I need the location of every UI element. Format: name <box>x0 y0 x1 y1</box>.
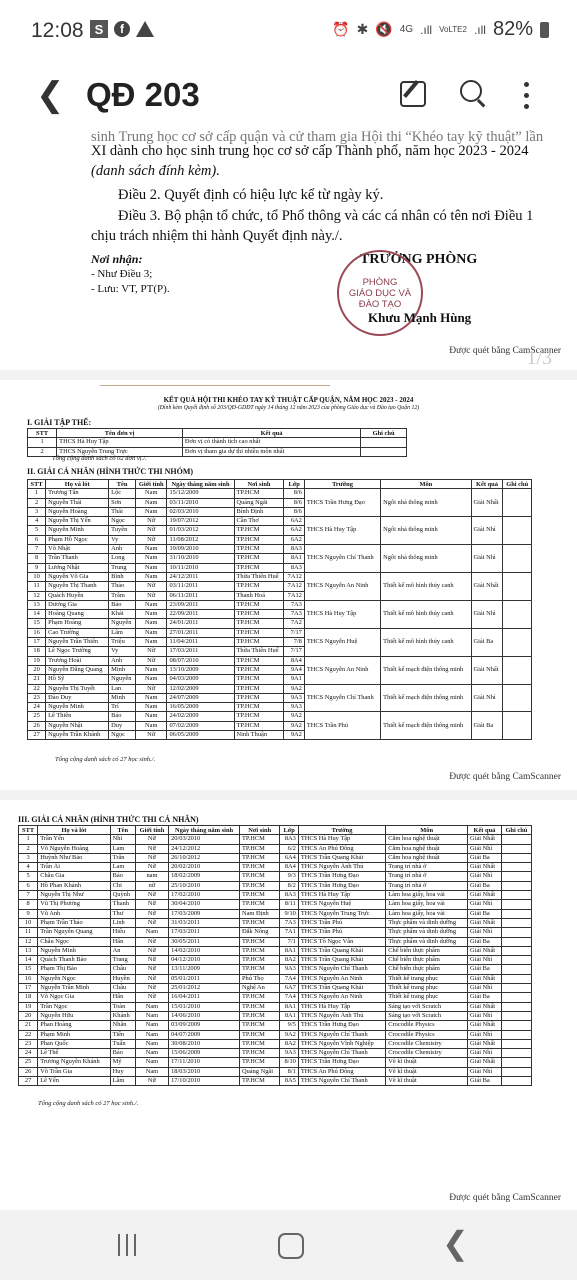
table-cell: Trang <box>110 956 135 965</box>
table-cell: Nữ <box>135 853 168 862</box>
group-awards-table: STTHọ và lótTênGiới tínhNgày tháng năm s… <box>27 479 532 740</box>
table-cell: 12 <box>19 937 38 946</box>
table-cell: Giải Nhất <box>468 1021 502 1030</box>
table-cell: 02/03/2010 <box>167 507 234 516</box>
table-cell: TP.HCM <box>234 721 284 730</box>
table-cell: 15/06/2009 <box>169 1049 240 1058</box>
table-cell: Đào Duy <box>46 693 109 702</box>
table-cell: TP.HCM <box>234 675 284 684</box>
table-cell: Trang trí nhà ở <box>386 872 468 881</box>
table-cell: THCS Nguyễn An Ninh <box>304 572 380 600</box>
table-cell: TP.HCM <box>239 853 280 862</box>
table-cell: Nam <box>135 721 167 730</box>
table-cell: Trang trí nhà ở <box>386 881 468 890</box>
table-cell: Cắm hoa nghệ thuật <box>386 853 468 862</box>
table-cell: Chế biến thực phẩm <box>386 946 468 955</box>
column-header: Môn <box>381 480 471 489</box>
table-cell: 9A3 <box>284 703 304 712</box>
table-cell <box>501 909 531 918</box>
table-cell: Giải Nhì <box>471 545 503 573</box>
table-cell <box>501 881 531 890</box>
table-cell <box>501 974 531 983</box>
volte-lte2-icon: VoLTE2 <box>439 25 467 34</box>
table-cell: Đắk Nông <box>239 928 280 937</box>
table-cell: Phan Quốc <box>38 1039 110 1048</box>
table-cell: 15 <box>19 965 38 974</box>
table-cell: TP.HCM <box>239 835 280 844</box>
column-header: Ghi chú <box>501 826 531 835</box>
doc-line: XI dành cho học sinh trung học cơ sở cấp… <box>91 143 529 160</box>
table-cell: 14/06/2010 <box>169 1011 240 1020</box>
table-cell: THCS Nguyễn Chí Thanh <box>298 1077 385 1086</box>
table-cell: 1 <box>28 438 57 447</box>
table-cell: TP.HCM <box>234 703 284 712</box>
table-cell: Nguyễn Hữu <box>38 1011 110 1020</box>
table-cell: Bảo <box>110 1049 135 1058</box>
table-cell: Nhi <box>110 835 135 844</box>
table-cell: Vẽ kĩ thuật <box>386 1067 468 1076</box>
table-cell: Phú Thọ <box>239 974 280 983</box>
table-cell: Nam <box>135 1030 168 1039</box>
table-cell: 8A1 <box>284 554 304 563</box>
table-cell <box>501 1002 531 1011</box>
table-cell: Đơn vị có thành tích cao nhất <box>182 438 360 447</box>
table-cell: Bảo <box>110 872 135 881</box>
table-row: 7Nguyễn Thị NhưQuỳnhNữ17/02/2010TP.HCM8A… <box>19 891 532 900</box>
table-cell <box>501 1049 531 1058</box>
recent-apps-button[interactable] <box>118 1234 136 1256</box>
table-cell: Giải Nhất <box>468 863 502 872</box>
table-cell: 23 <box>28 693 46 702</box>
table-cell: Làm hoa giấy, hoa vải <box>386 891 468 900</box>
table-cell: Giải Nhì <box>468 1030 502 1039</box>
table-cell: 30/04/2010 <box>169 900 240 909</box>
recipient-item: - Lưu: VT, PT(P). <box>91 283 170 295</box>
table-cell: 16 <box>28 628 46 637</box>
table-cell: TP.HCM <box>239 1030 280 1039</box>
table-cell: 24 <box>19 1049 38 1058</box>
table-cell: 16 <box>19 974 38 983</box>
recipient-item: - Như Điều 3; <box>91 268 152 280</box>
table-cell <box>501 1030 531 1039</box>
table-cell: 6A2 <box>284 535 304 544</box>
table-cell: 8A3 <box>284 545 304 554</box>
table-cell: Hân <box>110 937 135 946</box>
table-cell: 9A3 <box>280 965 298 974</box>
table-cell: Quỳnh <box>110 891 135 900</box>
table-cell <box>501 1011 531 1020</box>
table-cell: Lam <box>110 844 135 853</box>
home-button[interactable] <box>278 1233 304 1259</box>
document-title: QĐ 203 <box>86 76 200 114</box>
table-cell: Sáng tạo với Scratch <box>386 1011 468 1020</box>
table-cell: Làm hoa giấy, hoa vải <box>386 909 468 918</box>
table-cell: 8A4 <box>280 863 298 872</box>
table-cell: 17 <box>19 984 38 993</box>
edit-icon[interactable] <box>400 81 426 107</box>
table-cell: Anh <box>109 656 136 665</box>
table-cell: Thiết kế mô hình thủy canh <box>381 572 471 600</box>
section-title: II. GIẢI CÁ NHÂN (HÌNH THỨC THI NHÓM) <box>27 467 193 476</box>
table-cell: 19 <box>28 656 46 665</box>
individual-awards-table: STTHọ và lótTênGiới tínhNgày tháng năm s… <box>18 825 532 1086</box>
table-cell: 7A4 <box>280 993 298 1002</box>
table-cell: THCS Hà Huy Tập <box>298 1002 385 1011</box>
table-cell: Nữ <box>135 891 168 900</box>
facebook-icon: f <box>114 21 130 37</box>
column-header: STT <box>28 429 57 438</box>
table-cell: Nguyễn Võ Gia <box>46 572 109 581</box>
table-cell: Lam <box>110 863 135 872</box>
table-cell: 13/11/2009 <box>169 965 240 974</box>
table-cell: Lê Ngọc Trường <box>46 647 109 656</box>
table-cell: Ninh Thuận <box>234 731 284 740</box>
table-cell: Chi <box>110 881 135 890</box>
table-cell: TP.HCM <box>234 554 284 563</box>
table-total: Tổng cộng danh sách có 27 học sinh./. <box>38 1100 138 1107</box>
table-cell: TP.HCM <box>239 946 280 955</box>
table-cell: THCS Trần Quang Khải <box>298 984 385 993</box>
table-cell: Nữ <box>135 1077 168 1086</box>
table-row: 19Trần NgọcToànNam15/01/2010TP.HCM8A1THC… <box>19 1002 532 1011</box>
table-cell: Bảo <box>109 600 136 609</box>
table-cell: Giải Nhì <box>468 872 502 881</box>
table-cell: TP.HCM <box>234 535 284 544</box>
table-cell: TP.HCM <box>239 937 280 946</box>
table-row: 22Phạm MinhTiếnNam04/07/2009TP.HCM9A2THC… <box>19 1030 532 1039</box>
table-cell: 15 <box>28 619 46 628</box>
table-cell: 27 <box>19 1077 38 1086</box>
column-header: Kết quả <box>471 480 503 489</box>
table-cell: 17/10/2010 <box>169 1077 240 1086</box>
table-row: 24Lê ThếBảoNam15/06/2009TP.HCM9A3THCS Ng… <box>19 1049 532 1058</box>
table-cell: THCS Nguyễn Ánh Thủ <box>298 1011 385 1020</box>
table-cell <box>503 545 532 573</box>
alarm-icon: ⏰ <box>332 21 349 38</box>
table-cell: THCS Trần Phú <box>304 712 380 740</box>
table-cell: Nữ <box>135 974 168 983</box>
table-cell: 9A1 <box>284 675 304 684</box>
table-cell: Lương Nhật <box>46 563 109 572</box>
column-header: Trường <box>298 826 385 835</box>
table-cell: 04/07/2009 <box>169 1030 240 1039</box>
table-cell <box>501 853 531 862</box>
table-cell: Nam <box>135 554 167 563</box>
table-cell: THCS Nguyễn Huệ <box>304 628 380 656</box>
table-cell: 31/10/2010 <box>167 554 234 563</box>
table-cell: THCS Nguyễn Chí Thanh <box>298 965 385 974</box>
search-icon[interactable] <box>460 80 482 102</box>
table-cell: Nguyễn Trần Thiên <box>46 638 109 647</box>
table-cell: TP.HCM <box>234 563 284 572</box>
table-cell: Nữ <box>135 993 168 1002</box>
table-cell: Giải Nhì <box>468 1049 502 1058</box>
battery-icon <box>540 22 549 38</box>
table-cell: 8/2 <box>280 881 298 890</box>
table-cell: THCS Trần Hưng Đạo <box>298 881 385 890</box>
table-cell <box>501 863 531 872</box>
table-cell: Vũ Thị Phương <box>38 900 110 909</box>
table-cell: 25 <box>19 1058 38 1067</box>
table-cell: Nam <box>135 600 167 609</box>
table-cell: 24/07/2009 <box>167 693 234 702</box>
table-cell: 07/02/2009 <box>167 721 234 730</box>
table-row: 13Nguyễn MinhAnNữ14/02/2010TP.HCM8A1THCS… <box>19 946 532 955</box>
table-cell: THCS Trần Hưng Đạo <box>298 872 385 881</box>
table-cell: Giải Nhất <box>471 656 503 684</box>
table-cell: Giải Nhất <box>468 918 502 927</box>
back-arrow-icon[interactable]: ❮ <box>36 78 65 112</box>
table-cell: Quảng Ngãi <box>234 498 284 507</box>
table-cell: 17/03/2011 <box>169 928 240 937</box>
s-app-icon: S <box>90 20 108 38</box>
table-cell: Nam <box>135 572 167 581</box>
table-cell: Nam Định <box>239 909 280 918</box>
table-cell: THCS Nguyễn An Ninh <box>298 993 385 1002</box>
table-cell: Trang trí nhà ở <box>386 863 468 872</box>
table-cell: Khải <box>109 610 136 619</box>
table-cell: Crocodile Chemistry <box>386 1049 468 1058</box>
table-cell: TP.HCM <box>234 665 284 674</box>
table-cell: Nam <box>135 628 167 637</box>
table-cell: TP.HCM <box>239 956 280 965</box>
table-cell: nam <box>135 872 168 881</box>
table-cell: Thiết kế trang phục <box>386 984 468 993</box>
table-cell <box>501 1067 531 1076</box>
table-cell: Thư <box>110 909 135 918</box>
table-cell: Phạm Hồ Ngọc <box>46 535 109 544</box>
table-cell: 04/12/2010 <box>169 956 240 965</box>
table-cell <box>501 1021 531 1030</box>
table-cell: THCS Nguyễn Chí Thanh <box>304 684 380 712</box>
table-cell: Lâm <box>110 1077 135 1086</box>
table-cell: 10/11/2010 <box>167 563 234 572</box>
status-time: 12:08 <box>31 19 84 43</box>
table-cell: Mỹ <box>110 1058 135 1067</box>
table-cell <box>501 1058 531 1067</box>
table-cell: Thiết kế mạch điện thông minh <box>381 684 471 712</box>
table-cell: 7/1 <box>280 937 298 946</box>
table-cell: 8 <box>19 900 38 909</box>
table-cell <box>503 712 532 740</box>
table-cell: THCS Trần Hưng Đạo <box>304 489 380 517</box>
stamp-line: GIÁO DỤC VÀ <box>349 288 411 299</box>
table-row: 20Nguyễn HữuKhánhNam14/06/2010TP.HCM8A1T… <box>19 1011 532 1020</box>
table-cell: Giải Ba <box>471 628 503 656</box>
table-cell: Nữ <box>135 918 168 927</box>
table-cell: Võ Nhật <box>46 545 109 554</box>
table-cell: Hiếu <box>110 928 135 937</box>
table-cell <box>503 684 532 712</box>
table-cell: 24/12/2012 <box>169 844 240 853</box>
table-cell: Thanh Hoá <box>234 591 284 600</box>
table-cell: 08/07/2010 <box>167 656 234 665</box>
table-total: Tổng cộng danh sách có 27 học sinh./. <box>55 756 155 763</box>
column-header: Ghi chú <box>361 429 407 438</box>
table-cell: Tuấn <box>110 1039 135 1048</box>
table-cell: 03/11/2011 <box>167 582 234 591</box>
table-cell: Giải Nhất <box>471 572 503 600</box>
table-cell: Nam <box>135 928 168 937</box>
table-cell: TP.HCM <box>239 1039 280 1048</box>
table-cell <box>501 1039 531 1048</box>
table-cell: Trần Thanh <box>46 554 109 563</box>
table-cell: 9/3 <box>280 872 298 881</box>
table-cell: Giải Nhì <box>468 844 502 853</box>
table-cell: Lan <box>109 684 136 693</box>
table-cell: nữ <box>135 881 168 890</box>
table-cell: Quảng Ngãi <box>239 1067 280 1076</box>
table-cell: 19/09/2010 <box>167 545 234 554</box>
table-cell: Nữ <box>135 517 167 526</box>
table-total: Tổng cộng danh sách có 02 đơn vị./. <box>52 455 147 462</box>
results-subtitle: (Đính kèm Quyết định số 203/QĐ-GDĐT ngày… <box>0 405 577 411</box>
table-cell: 7A12 <box>284 582 304 591</box>
table-cell: Nữ <box>135 835 168 844</box>
table-cell: 5 <box>28 526 46 535</box>
signal-icon: .ıll <box>420 23 432 37</box>
table-cell: Vẽ kĩ thuật <box>386 1058 468 1067</box>
back-button[interactable]: ❮ <box>442 1224 469 1262</box>
table-cell: Vẽ kĩ thuật <box>386 1077 468 1086</box>
table-row: 16Cao TrườngLâmNam27/01/2011TP.HCM7/17TH… <box>28 628 532 637</box>
table-cell <box>501 965 531 974</box>
table-cell: Đơn vị tham gia dự thi nhiều môn nhất <box>182 447 360 456</box>
table-cell: 5 <box>19 872 38 881</box>
table-cell: Nhân <box>110 1021 135 1030</box>
table-cell: Lê Thế <box>38 1049 110 1058</box>
table-cell: Minh <box>109 693 136 702</box>
table-cell: 24 <box>28 703 46 712</box>
signer-name: Khưu Mạnh Hùng <box>368 310 471 326</box>
table-cell: Giải Ba <box>468 909 502 918</box>
table-cell: Toàn <box>110 1002 135 1011</box>
table-cell: Lê Thiên <box>46 712 109 721</box>
table-cell: Nam <box>135 1067 168 1076</box>
table-cell: Giải Nhất <box>468 974 502 983</box>
table-cell: 14 <box>19 956 38 965</box>
table-cell: 7A3 <box>280 918 298 927</box>
table-cell: Trần Ái <box>38 863 110 872</box>
table-cell: Nguyễn Trần Minh <box>38 984 110 993</box>
table-cell: Trương Nguyễn Khánh <box>38 1058 110 1067</box>
column-header: STT <box>28 480 46 489</box>
table-cell: 9 <box>28 563 46 572</box>
doc-line: (danh sách đính kèm). <box>91 163 220 180</box>
table-cell: Võ Trần Gia <box>38 1067 110 1076</box>
table-row: 10Nguyễn Võ GiaBìnhNam24/12/2011Thừa Thi… <box>28 572 532 581</box>
table-cell: 9A2 <box>284 721 304 730</box>
table-row: 10Phạm Trần ThảoLinhNữ31/03/2011TP.HCM7A… <box>19 918 532 927</box>
table-row: 21Phan HoàngNhânNam03/09/2009TP.HCM9/5TH… <box>19 1021 532 1030</box>
table-cell: THCS Hà Huy Tập <box>298 891 385 900</box>
table-cell: TP.HCM <box>239 1002 280 1011</box>
table-cell: 8 <box>28 554 46 563</box>
table-cell: 8A3 <box>284 563 304 572</box>
table-cell: 9/5 <box>280 1021 298 1030</box>
table-cell: 6/2 <box>280 844 298 853</box>
table-cell: Giải Nhất <box>468 1058 502 1067</box>
table-cell: Nam <box>135 507 167 516</box>
table-cell: Phạm Minh <box>38 1030 110 1039</box>
table-cell: 1 <box>19 835 38 844</box>
table-row: 11Trần Nguyễn QuangHiếuNam17/03/2011Đắk … <box>19 928 532 937</box>
battery-percent: 82% <box>493 18 533 41</box>
table-cell: Tiến <box>110 1030 135 1039</box>
table-cell: Nam <box>135 610 167 619</box>
table-cell: 6A2 <box>284 517 304 526</box>
table-cell: Quách Thanh Bảo <box>38 956 110 965</box>
table-cell: Trần Nguyễn Quang <box>38 928 110 937</box>
table-cell <box>501 1077 531 1086</box>
table-cell: Võ Ngọc Gia <box>38 993 110 1002</box>
table-cell: Nguyễn Ngọc <box>38 974 110 983</box>
more-options-icon[interactable] <box>524 82 528 115</box>
table-cell: Nam <box>135 712 167 721</box>
table-cell: Nguyễn Nhật <box>46 721 109 730</box>
table-cell: 8A3 <box>280 835 298 844</box>
table-cell: Giải Nhì <box>468 956 502 965</box>
table-cell: Thiết kế trang phục <box>386 974 468 983</box>
table-cell <box>501 937 531 946</box>
column-header: Trường <box>304 480 380 489</box>
table-cell <box>503 600 532 628</box>
table-cell: 12 <box>28 591 46 600</box>
bluetooth-icon: ✱ <box>357 21 369 38</box>
table-cell: 7A12 <box>284 572 304 581</box>
table-cell: 14/02/2010 <box>169 946 240 955</box>
table-row: 17Nguyễn Trần MinhChâuNữ25/01/2012Nghệ A… <box>19 984 532 993</box>
table-cell: TP.HCM <box>239 872 280 881</box>
table-cell: 17/03/2011 <box>167 647 234 656</box>
table-cell: Crocodile Physics <box>386 1030 468 1039</box>
table-row: 25Lê ThiênBảoNam24/02/2009TP.HCM9A2THCS … <box>28 712 532 721</box>
table-cell: Thực phẩm và dinh dưỡng <box>386 937 468 946</box>
table-cell: 22/09/2011 <box>167 610 234 619</box>
table-cell: 3 <box>19 853 38 862</box>
table-cell: Nam <box>135 1002 168 1011</box>
table-cell: TP.HCM <box>234 628 284 637</box>
table-cell: Thiết kế mô hình thủy canh <box>381 600 471 628</box>
table-cell: TP.HCM <box>239 918 280 927</box>
table-cell: Giải Ba <box>468 993 502 1002</box>
table-cell: 9A2 <box>284 684 304 693</box>
table-cell: 25 <box>28 712 46 721</box>
table-cell: 20/02/2010 <box>169 863 240 872</box>
table-cell: Ngôi nhà thông minh <box>381 545 471 573</box>
table-cell: THCS Nguyễn Ánh Thủ <box>298 863 385 872</box>
table-cell: Nữ <box>135 863 168 872</box>
table-cell: Linh <box>110 918 135 927</box>
table-cell: Giải Nhất <box>468 835 502 844</box>
table-cell: 18 <box>19 993 38 1002</box>
table-cell: 23 <box>19 1039 38 1048</box>
table-cell: Nữ <box>135 956 168 965</box>
table-cell <box>501 872 531 881</box>
table-cell: Nữ <box>135 900 168 909</box>
table-cell: Châu Gia <box>38 872 110 881</box>
table-cell: 9A4 <box>284 665 304 674</box>
table-cell: TP.HCM <box>239 993 280 1002</box>
column-header: Môn <box>386 826 468 835</box>
table-cell: Bình <box>109 572 136 581</box>
table-cell: 7A2 <box>284 619 304 628</box>
table-cell: TP.HCM <box>239 900 280 909</box>
table-cell: THCS Hà Huy Tập <box>304 517 380 545</box>
table-cell: TP.HCM <box>234 526 284 535</box>
table-cell: Giải Nhất <box>471 489 503 517</box>
table-cell: Hân <box>110 993 135 1002</box>
